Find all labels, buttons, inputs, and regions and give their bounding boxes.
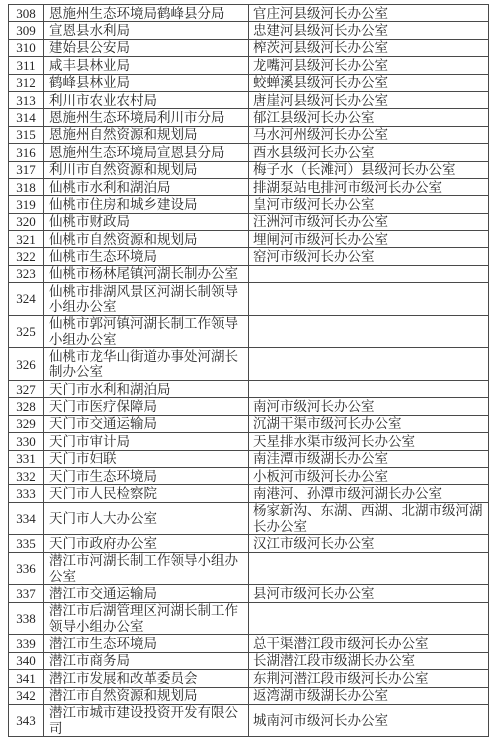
table-row: 342 潜江市自然资源和规划局 返湾湖市级湖长办公室 xyxy=(9,687,489,704)
org-name: 天门市水利和湖泊局 xyxy=(44,381,249,398)
office-name xyxy=(249,381,489,398)
table-row: 326 仙桃市龙华山街道办事处河湖长制办公室 xyxy=(9,348,489,381)
office-name: 唐崖河县级河长办公室 xyxy=(249,91,489,108)
office-name xyxy=(249,283,489,316)
row-number: 312 xyxy=(9,74,44,91)
row-number: 322 xyxy=(9,248,44,265)
org-name: 宣恩县水利局 xyxy=(44,22,249,39)
table-body: 308 恩施州生态环境局鹤峰县分局 官庄河县级河长办公室 309 宣恩县水利局 … xyxy=(9,5,489,737)
row-number: 326 xyxy=(9,348,44,381)
office-name: 梅子水（长滩河）县级河长办公室 xyxy=(249,161,489,178)
row-number: 311 xyxy=(9,57,44,74)
table-row: 329 天门市交通运输局 沉湖干渠市级河长办公室 xyxy=(9,415,489,432)
org-name: 恩施州生态环境局鹤峰县分局 xyxy=(44,5,249,22)
office-name: 埋闸河市级河长办公室 xyxy=(249,231,489,248)
row-number: 321 xyxy=(9,231,44,248)
row-number: 342 xyxy=(9,687,44,704)
office-name: 汉江市级河长办公室 xyxy=(249,535,489,552)
table-row: 318 仙桃市水利和湖泊局 排湖泵站电排河市级河长办公室 xyxy=(9,178,489,195)
row-number: 331 xyxy=(9,450,44,467)
office-name: 东荆河潜江段市级河长办公室 xyxy=(249,670,489,687)
table-row: 341 潜江市发展和改革委员会 东荆河潜江段市级河长办公室 xyxy=(9,670,489,687)
office-name: 榨茨河县级河长办公室 xyxy=(249,39,489,56)
table-row: 320 仙桃市财政局 汪洲河市级河长办公室 xyxy=(9,213,489,230)
org-name: 恩施州自然资源和规划局 xyxy=(44,126,249,143)
org-name: 潜江市后湖管理区河湖长制工作领导小组办公室 xyxy=(44,602,249,635)
river-chief-office-table-container: 308 恩施州生态环境局鹤峰县分局 官庄河县级河长办公室 309 宣恩县水利局 … xyxy=(8,4,489,737)
row-number: 343 xyxy=(9,704,44,737)
table-row: 312 鹤峰县林业局 蛟蝉溪县级河长办公室 xyxy=(9,74,489,91)
office-name: 总干渠潜江段市级河长办公室 xyxy=(249,635,489,652)
row-number: 324 xyxy=(9,283,44,316)
table-row: 343 潜江市城市建设投资开发有限公司 城南河市级河长办公室 xyxy=(9,704,489,737)
row-number: 335 xyxy=(9,535,44,552)
row-number: 337 xyxy=(9,585,44,602)
row-number: 327 xyxy=(9,381,44,398)
table-row: 311 咸丰县林业局 龙嘴河县级河长办公室 xyxy=(9,57,489,74)
table-row: 338 潜江市后湖管理区河湖长制工作领导小组办公室 xyxy=(9,602,489,635)
org-name: 仙桃市杨林尾镇河湖长制办公室 xyxy=(44,265,249,282)
org-name: 潜江市生态环境局 xyxy=(44,635,249,652)
office-name: 天星排水渠市级河长办公室 xyxy=(249,433,489,450)
table-row: 309 宣恩县水利局 忠建河县级河长办公室 xyxy=(9,22,489,39)
row-number: 325 xyxy=(9,315,44,348)
org-name: 建始县公安局 xyxy=(44,39,249,56)
org-name: 仙桃市自然资源和规划局 xyxy=(44,231,249,248)
table-row: 310 建始县公安局 榨茨河县级河长办公室 xyxy=(9,39,489,56)
org-name: 天门市人大办公室 xyxy=(44,502,249,535)
org-name: 潜江市自然资源和规划局 xyxy=(44,687,249,704)
row-number: 320 xyxy=(9,213,44,230)
office-name xyxy=(249,315,489,348)
org-name: 天门市交通运输局 xyxy=(44,415,249,432)
org-name: 恩施州生态环境局宣恩县分局 xyxy=(44,144,249,161)
table-row: 340 潜江市商务局 长湖潜江段市级湖长办公室 xyxy=(9,652,489,669)
row-number: 330 xyxy=(9,433,44,450)
org-name: 仙桃市财政局 xyxy=(44,213,249,230)
org-name: 天门市政府办公室 xyxy=(44,535,249,552)
office-name: 蛟蝉溪县级河长办公室 xyxy=(249,74,489,91)
org-name: 仙桃市住房和城乡建设局 xyxy=(44,196,249,213)
row-number: 323 xyxy=(9,265,44,282)
table-row: 317 利川市自然资源和规划局 梅子水（长滩河）县级河长办公室 xyxy=(9,161,489,178)
table-row: 332 天门市生态环境局 小板河市级河长办公室 xyxy=(9,467,489,484)
table-row: 315 恩施州自然资源和规划局 马水河州级河长办公室 xyxy=(9,126,489,143)
row-number: 315 xyxy=(9,126,44,143)
row-number: 313 xyxy=(9,91,44,108)
row-number: 338 xyxy=(9,602,44,635)
row-number: 308 xyxy=(9,5,44,22)
row-number: 318 xyxy=(9,178,44,195)
row-number: 310 xyxy=(9,39,44,56)
row-number: 334 xyxy=(9,502,44,535)
row-number: 340 xyxy=(9,652,44,669)
row-number: 339 xyxy=(9,635,44,652)
row-number: 309 xyxy=(9,22,44,39)
org-name: 利川市自然资源和规划局 xyxy=(44,161,249,178)
table-row: 330 天门市审计局 天星排水渠市级河长办公室 xyxy=(9,433,489,450)
office-name: 排湖泵站电排河市级河长办公室 xyxy=(249,178,489,195)
org-name: 潜江市城市建设投资开发有限公司 xyxy=(44,704,249,737)
office-name: 南河市级河长办公室 xyxy=(249,398,489,415)
org-name: 仙桃市龙华山街道办事处河湖长制办公室 xyxy=(44,348,249,381)
org-name: 利川市农业农村局 xyxy=(44,91,249,108)
table-row: 324 仙桃市排湖风景区河湖长制领导小组办公室 xyxy=(9,283,489,316)
office-name: 小板河市级河长办公室 xyxy=(249,467,489,484)
office-name: 长湖潜江段市级湖长办公室 xyxy=(249,652,489,669)
office-name xyxy=(249,348,489,381)
org-name: 仙桃市郭河镇河湖长制工作领导小组办公室 xyxy=(44,315,249,348)
row-number: 333 xyxy=(9,485,44,502)
org-name: 天门市审计局 xyxy=(44,433,249,450)
table-row: 337 潜江市交通运输局 县河市级河长办公室 xyxy=(9,585,489,602)
office-name: 官庄河县级河长办公室 xyxy=(249,5,489,22)
org-name: 咸丰县林业局 xyxy=(44,57,249,74)
table-row: 323 仙桃市杨林尾镇河湖长制办公室 xyxy=(9,265,489,282)
office-name: 龙嘴河县级河长办公室 xyxy=(249,57,489,74)
table-row: 321 仙桃市自然资源和规划局 埋闸河市级河长办公室 xyxy=(9,231,489,248)
office-name: 窑河市级河长办公室 xyxy=(249,248,489,265)
office-name xyxy=(249,552,489,585)
table-row: 335 天门市政府办公室 汉江市级河长办公室 xyxy=(9,535,489,552)
table-row: 328 天门市医疗保障局 南河市级河长办公室 xyxy=(9,398,489,415)
org-name: 潜江市商务局 xyxy=(44,652,249,669)
table-row: 314 恩施州生态环境局利川市分局 郁江县级河长办公室 xyxy=(9,109,489,126)
table-row: 319 仙桃市住房和城乡建设局 皇河市级河长办公室 xyxy=(9,196,489,213)
office-name xyxy=(249,265,489,282)
table-row: 334 天门市人大办公室 杨家新沟、东湖、西湖、北湖市级河湖长办公室 xyxy=(9,502,489,535)
org-name: 仙桃市排湖风景区河湖长制领导小组办公室 xyxy=(44,283,249,316)
office-name: 城南河市级河长办公室 xyxy=(249,704,489,737)
table-row: 322 仙桃市生态环境局 窑河市级河长办公室 xyxy=(9,248,489,265)
office-name: 南港河、孙潭市级河湖长办公室 xyxy=(249,485,489,502)
office-name: 忠建河县级河长办公室 xyxy=(249,22,489,39)
row-number: 336 xyxy=(9,552,44,585)
org-name: 天门市生态环境局 xyxy=(44,467,249,484)
office-name: 酉水县级河长办公室 xyxy=(249,144,489,161)
org-name: 天门市妇联 xyxy=(44,450,249,467)
table-row: 313 利川市农业农村局 唐崖河县级河长办公室 xyxy=(9,91,489,108)
office-name: 皇河市级河长办公室 xyxy=(249,196,489,213)
office-name: 汪洲河市级河长办公室 xyxy=(249,213,489,230)
table-row: 308 恩施州生态环境局鹤峰县分局 官庄河县级河长办公室 xyxy=(9,5,489,22)
table-row: 339 潜江市生态环境局 总干渠潜江段市级河长办公室 xyxy=(9,635,489,652)
table-row: 331 天门市妇联 南洼潭市级湖长办公室 xyxy=(9,450,489,467)
org-name: 潜江市河湖长制工作领导小组办公室 xyxy=(44,552,249,585)
org-name: 仙桃市水利和湖泊局 xyxy=(44,178,249,195)
row-number: 317 xyxy=(9,161,44,178)
office-name: 郁江县级河长办公室 xyxy=(249,109,489,126)
org-name: 天门市医疗保障局 xyxy=(44,398,249,415)
table-row: 336 潜江市河湖长制工作领导小组办公室 xyxy=(9,552,489,585)
office-name: 南洼潭市级湖长办公室 xyxy=(249,450,489,467)
org-name: 鹤峰县林业局 xyxy=(44,74,249,91)
river-chief-office-table: 308 恩施州生态环境局鹤峰县分局 官庄河县级河长办公室 309 宣恩县水利局 … xyxy=(8,4,489,737)
row-number: 328 xyxy=(9,398,44,415)
org-name: 恩施州生态环境局利川市分局 xyxy=(44,109,249,126)
org-name: 潜江市交通运输局 xyxy=(44,585,249,602)
office-name: 县河市级河长办公室 xyxy=(249,585,489,602)
row-number: 314 xyxy=(9,109,44,126)
office-name: 返湾湖市级湖长办公室 xyxy=(249,687,489,704)
row-number: 319 xyxy=(9,196,44,213)
office-name: 杨家新沟、东湖、西湖、北湖市级河湖长办公室 xyxy=(249,502,489,535)
org-name: 天门市人民检察院 xyxy=(44,485,249,502)
office-name: 沉湖干渠市级河长办公室 xyxy=(249,415,489,432)
org-name: 潜江市发展和改革委员会 xyxy=(44,670,249,687)
table-row: 327 天门市水利和湖泊局 xyxy=(9,381,489,398)
row-number: 341 xyxy=(9,670,44,687)
office-name xyxy=(249,602,489,635)
office-name: 马水河州级河长办公室 xyxy=(249,126,489,143)
table-row: 316 恩施州生态环境局宣恩县分局 酉水县级河长办公室 xyxy=(9,144,489,161)
row-number: 316 xyxy=(9,144,44,161)
table-row: 325 仙桃市郭河镇河湖长制工作领导小组办公室 xyxy=(9,315,489,348)
row-number: 332 xyxy=(9,467,44,484)
row-number: 329 xyxy=(9,415,44,432)
table-row: 333 天门市人民检察院 南港河、孙潭市级河湖长办公室 xyxy=(9,485,489,502)
org-name: 仙桃市生态环境局 xyxy=(44,248,249,265)
